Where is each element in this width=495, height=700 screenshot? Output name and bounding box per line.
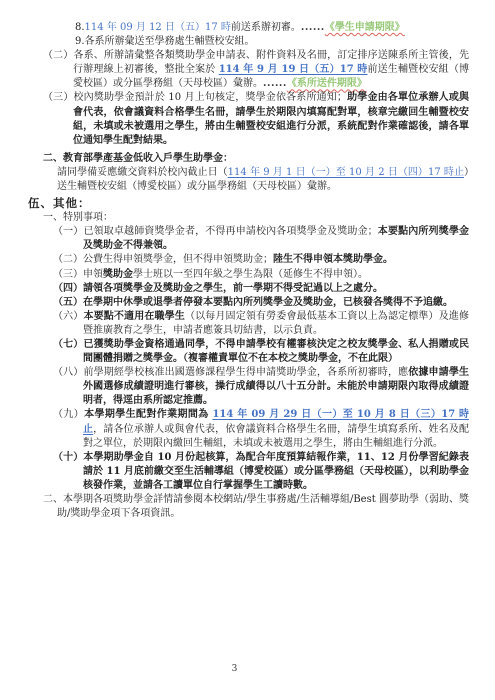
special-item-10: （十）本學期助學金自 10 月份起核算，為配合年度預算結報作業，11、12 月份… — [53, 451, 469, 493]
date-text: 114 年 09 月 12 日（五）17 時 — [85, 22, 231, 33]
body-text: 8. — [75, 22, 85, 33]
document-body: 8.114 年 09 月 12 日（五）17 時前送系辦初審。......《學生… — [0, 21, 469, 521]
body-text: 一、特別事項： — [43, 212, 113, 223]
document-page: 8.114 年 09 月 12 日（五）17 時前送系辦初審。......《學生… — [0, 0, 495, 700]
special-item-3: （三）申領獎助金學士班以一至四年級之學生為限（延修生不得申領）。 — [53, 268, 469, 282]
section-2-body: 請同學備妥應繳交資料於校內截止日（114 年 9 月 1 日（一）至 10 月 … — [57, 166, 469, 194]
body-text: （六） — [53, 311, 83, 322]
special-item-7: （七）已獲獎助學金資格通過同學，不得申請學校有權審核決定之校友獎學金、私人捐贈或… — [53, 338, 469, 366]
item-2: （二）各系、所辦請彙整各類獎助學金申請表、附件資料及名冊，訂定排序送陳系所主管後… — [43, 49, 469, 91]
special-item-4: （四）請領各項獎學金及獎助金之學生，前一學期不得受記過以上之處分。 — [53, 282, 469, 296]
body-text: （二）公費生得申領獎學金，但不得申領獎助金； — [53, 254, 273, 265]
body-text: ，請各位承辦人或與會代表，依會議資料合格學生名冊，請學生填寫系所、姓名及配對之單… — [83, 424, 469, 449]
special-item-5: （五）在學期中休學或退學者停發本要點內所列獎學金及獎助金，已核發各獎得不予追繳。 — [53, 296, 469, 310]
other-item-2: 二、本學期各項獎助學金詳情請參閱本校網站/學生事務處/生活輔導組/Best 圓夢… — [43, 493, 469, 521]
special-item-1: （一）已領取卓越師資獎學金者，不得再申請校內各項獎學金及獎助金；本要點內所列獎學… — [53, 225, 469, 253]
body-text: 學士班以一至四年級之學生為限（延修生不得申領）。 — [133, 269, 368, 280]
ellipsis: ...... — [263, 78, 287, 89]
deadline-tag: 《系所送件期限》 — [287, 78, 367, 89]
body-text: 二、本學期各項獎助學金詳情請參閱本校網站/學生事務處/生活輔導組/Best 圓夢… — [43, 494, 469, 519]
emphasis-text: 二、教育部學產基金低收入戶學生助學金： — [43, 153, 233, 164]
body-text: （一）已領取卓越師資獎學金者，不得再申請校內各項獎學金及獎助金； — [53, 226, 378, 237]
emphasis-text: 伍、其他： — [28, 196, 91, 210]
emphasis-text: （五）在學期中休學或退學者停發本要點內所列獎學金及獎助金，已核發各獎得不予追繳。 — [53, 297, 453, 308]
special-item-8: （八）前學期經學校核准出國選修課程學生得申請獎助學金，各系所初審時，應依據申請學… — [53, 366, 469, 408]
deadline-tag: 《學生申請期限》 — [325, 22, 405, 33]
emphasis-text: 本學期學生配對作業期間為 — [84, 409, 212, 420]
emphasis-text: （十）本學期助學金自 10 月份起核算，為配合年度預算結報作業，11、12 月份… — [53, 452, 469, 491]
body-text: （九） — [53, 409, 84, 420]
body-text: （三）申領 — [53, 269, 103, 280]
section-2-heading: 二、教育部學產基金低收入戶學生助學金： — [43, 152, 469, 166]
body-text: 請同學備妥應繳交資料於校內截止日（ — [57, 167, 228, 178]
step-9: 9.各系所辦彙送至學務處生輔暨校安組。 — [75, 35, 469, 49]
body-text: （三）校內獎助學金預計於 10 月上旬核定，獎學金依各系所通知； — [43, 92, 347, 103]
chapter-5-title: 伍、其他： — [28, 195, 469, 211]
date-text: 114 年 9 月 19 日（五）17 時 — [219, 64, 368, 75]
page-number: 3 — [0, 664, 469, 674]
special-item-9: （九）本學期學生配對作業期間為 114 年 09 月 29 日（一）至 10 月… — [53, 408, 469, 450]
emphasis-text: 獎助金 — [103, 269, 133, 280]
emphasis-text: （四）請領各項獎學金及獎助金之學生，前一學期不得受記過以上之處分。 — [53, 283, 383, 294]
ellipsis: ...... — [301, 22, 325, 33]
step-8: 8.114 年 09 月 12 日（五）17 時前送系辦初審。......《學生… — [75, 21, 469, 35]
special-items-heading: 一、特別事項： — [43, 211, 469, 225]
special-item-6: （六）本要點不適用在職學生（以每月固定領有勞委會最低基本工資以上為認定標準）及進… — [53, 310, 469, 338]
emphasis-text: （七）已獲獎助學金資格通過同學，不得申請學校有權審核決定之校友獎學金、私人捐贈或… — [53, 339, 469, 364]
special-item-2: （二）公費生得申領獎學金，但不得申領獎助金；陸生不得申領本獎助學金。 — [53, 253, 469, 267]
body-text: 9.各系所辦彙送至學務處生輔暨校安組。 — [75, 36, 255, 47]
body-text: （八）前學期經學校核准出國選修課程學生得申請獎助學金，各系所初審時，應 — [53, 367, 408, 378]
body-text: 前送系辦初審。 — [231, 22, 301, 33]
emphasis-text: 陸生不得申領本獎助學金。 — [273, 254, 393, 265]
date-text: 114 年 9 月 1 日（一）至 10 月 2 日（四）17 時止 — [228, 167, 464, 178]
emphasis-text: 本要點不適用在職學生 — [83, 311, 185, 322]
item-3: （三）校內獎助學金預計於 10 月上旬核定，獎學金依各系所通知；助學金由各單位承… — [43, 91, 469, 147]
